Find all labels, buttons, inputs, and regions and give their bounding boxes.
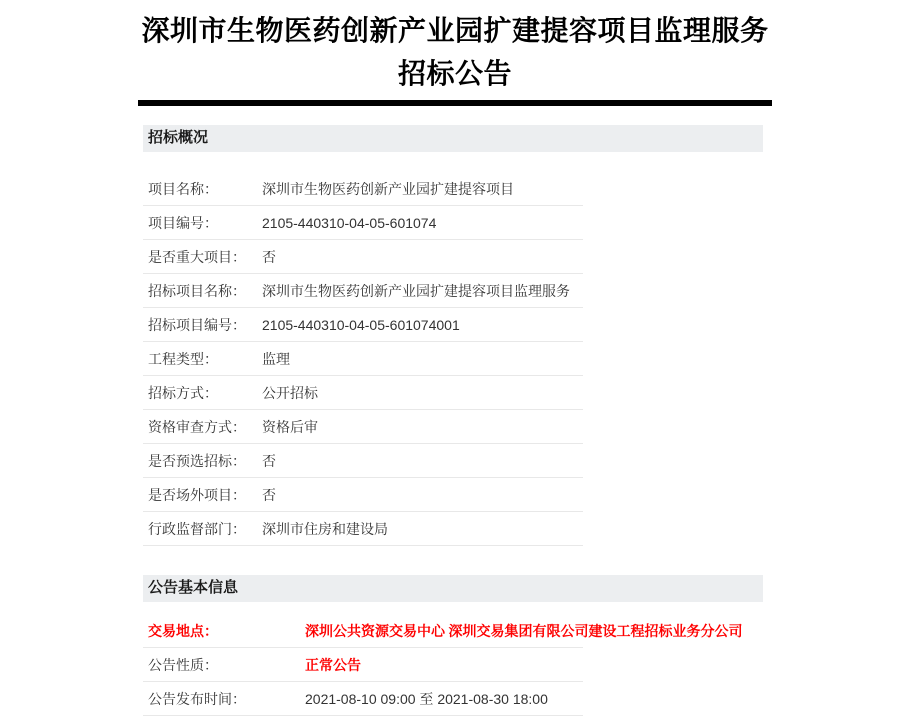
title-line-2: 招标公告	[138, 53, 772, 96]
field-label: 公告发布时间：	[148, 689, 305, 709]
table-row: 资格审查方式： 资格后审	[143, 410, 763, 444]
field-value: 深圳公共资源交易中心 深圳交易集团有限公司建设工程招标业务分公司	[305, 621, 743, 641]
field-label: 是否预选招标：	[148, 451, 262, 471]
field-value: 2021-08-10 09:00 至 2021-08-30 18:00	[305, 689, 548, 709]
field-value: 否	[262, 247, 276, 267]
field-value: 监理	[262, 349, 290, 369]
field-label: 招标项目编号：	[148, 315, 262, 335]
field-value: 2105-440310-04-05-601074	[262, 215, 436, 231]
table-row: 公告发布时间： 2021-08-10 09:00 至 2021-08-30 18…	[143, 682, 763, 716]
table-row: 工程类型： 监理	[143, 342, 763, 376]
field-value: 否	[262, 485, 276, 505]
document-body: 招标概况 项目名称： 深圳市生物医药创新产业园扩建提容项目 项目编号： 2105…	[143, 125, 763, 716]
table-row: 交易地点： 深圳公共资源交易中心 深圳交易集团有限公司建设工程招标业务分公司	[143, 614, 763, 648]
table-row: 招标项目名称： 深圳市生物医药创新产业园扩建提容项目监理服务	[143, 274, 763, 308]
field-value: 深圳市住房和建设局	[262, 519, 388, 539]
section-header-tender-overview: 招标概况	[143, 125, 763, 152]
document-title: 深圳市生物医药创新产业园扩建提容项目监理服务 招标公告	[138, 0, 772, 96]
table-row: 行政监督部门： 深圳市住房和建设局	[143, 512, 763, 546]
field-value: 资格后审	[262, 417, 318, 437]
field-value: 深圳市生物医药创新产业园扩建提容项目	[262, 179, 514, 199]
field-label: 项目名称：	[148, 179, 262, 199]
tender-overview-table: 项目名称： 深圳市生物医药创新产业园扩建提容项目 项目编号： 2105-4403…	[143, 172, 763, 546]
field-label: 资格审查方式：	[148, 417, 262, 437]
table-row: 是否预选招标： 否	[143, 444, 763, 478]
announcement-info-table: 交易地点： 深圳公共资源交易中心 深圳交易集团有限公司建设工程招标业务分公司 公…	[143, 614, 763, 716]
field-label: 是否重大项目：	[148, 247, 262, 267]
field-value: 公开招标	[262, 383, 318, 403]
table-row: 项目编号： 2105-440310-04-05-601074	[143, 206, 763, 240]
table-row: 项目名称： 深圳市生物医药创新产业园扩建提容项目	[143, 172, 763, 206]
section-header-announcement-info: 公告基本信息	[143, 575, 763, 602]
table-row: 招标项目编号： 2105-440310-04-05-601074001	[143, 308, 763, 342]
field-value: 否	[262, 451, 276, 471]
title-divider-bar	[138, 100, 772, 106]
table-row: 招标方式： 公开招标	[143, 376, 763, 410]
field-value: 正常公告	[305, 655, 361, 675]
field-label: 工程类型：	[148, 349, 262, 369]
field-label: 招标项目名称：	[148, 281, 262, 301]
table-row: 是否场外项目： 否	[143, 478, 763, 512]
field-label: 公告性质：	[148, 655, 305, 675]
field-value: 2105-440310-04-05-601074001	[262, 317, 460, 333]
field-label: 行政监督部门：	[148, 519, 262, 539]
table-row: 公告性质： 正常公告	[143, 648, 763, 682]
table-row: 是否重大项目： 否	[143, 240, 763, 274]
title-line-1: 深圳市生物医药创新产业园扩建提容项目监理服务	[138, 10, 772, 53]
field-label: 招标方式：	[148, 383, 262, 403]
field-label: 交易地点：	[148, 621, 305, 641]
field-label: 是否场外项目：	[148, 485, 262, 505]
field-value: 深圳市生物医药创新产业园扩建提容项目监理服务	[262, 281, 570, 301]
field-label: 项目编号：	[148, 213, 262, 233]
